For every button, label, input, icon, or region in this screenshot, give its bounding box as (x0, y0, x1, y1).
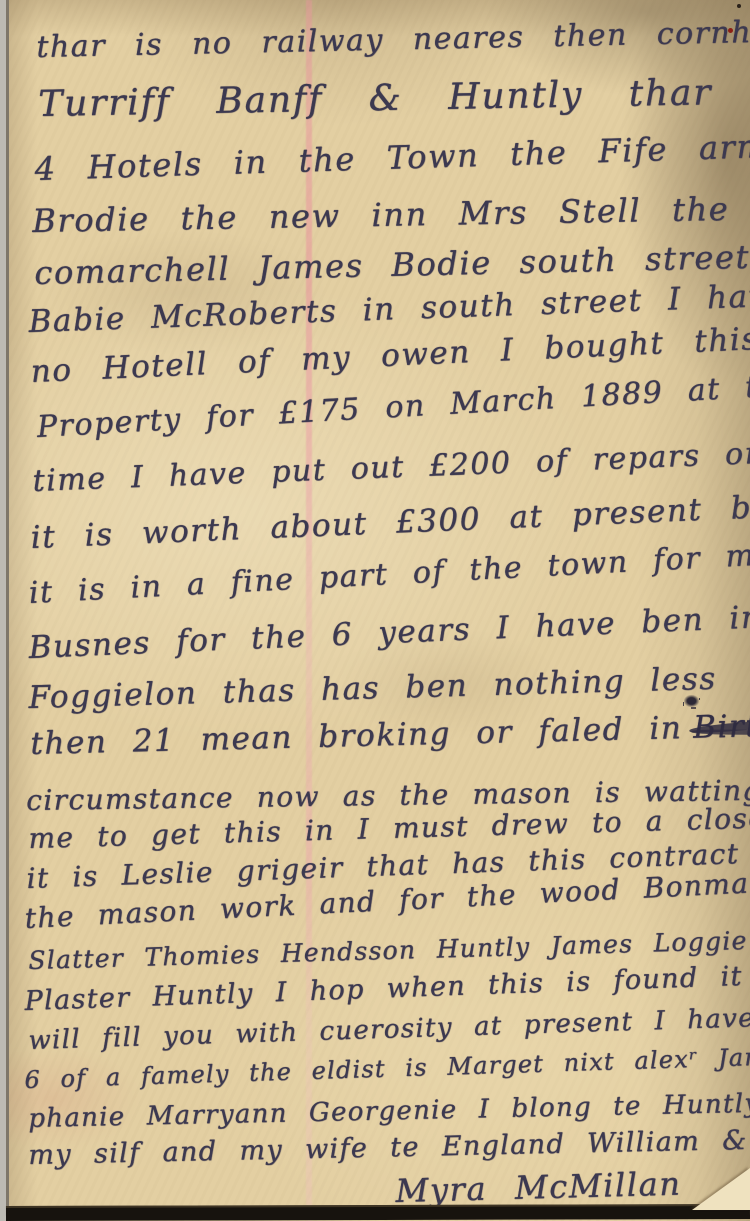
letter-line: 4 Hotels in the Town the Fife arms (34, 126, 750, 188)
letter-line: Foggielon thas has ben nothing less (28, 661, 717, 716)
letter-line: my silf and my wife te England William & (28, 1125, 748, 1171)
scan-edge-bottom (6, 1204, 750, 1221)
scan-edge-left (0, 0, 9, 1221)
letter-line: time I have put out £200 of repars on it (32, 434, 750, 499)
letter-page: thar is no railway neares then cornhill … (0, 0, 750, 1221)
ink-blot (684, 695, 699, 707)
letter-line: then 21 mean broking or faled inBirth (30, 708, 750, 762)
letter-line: Busnes for the 6 years I have ben in (28, 599, 750, 666)
dark-speck (737, 4, 741, 8)
letter-line: thar is no railway neares then cornhill (36, 14, 750, 65)
letter-line: Turriff Banff & Huntly thar is (38, 71, 750, 125)
letter-line: Brodie the new inn Mrs Stell the (32, 190, 730, 240)
signature: Myra McMillan (395, 1165, 682, 1210)
scanned-letter: thar is no railway neares then cornhill … (0, 0, 750, 1221)
red-speck (728, 28, 733, 33)
struck-word: Birth (693, 708, 750, 746)
folded-corner (692, 1168, 750, 1210)
letter-line-text: then 21 mean broking or faled in (30, 710, 683, 762)
